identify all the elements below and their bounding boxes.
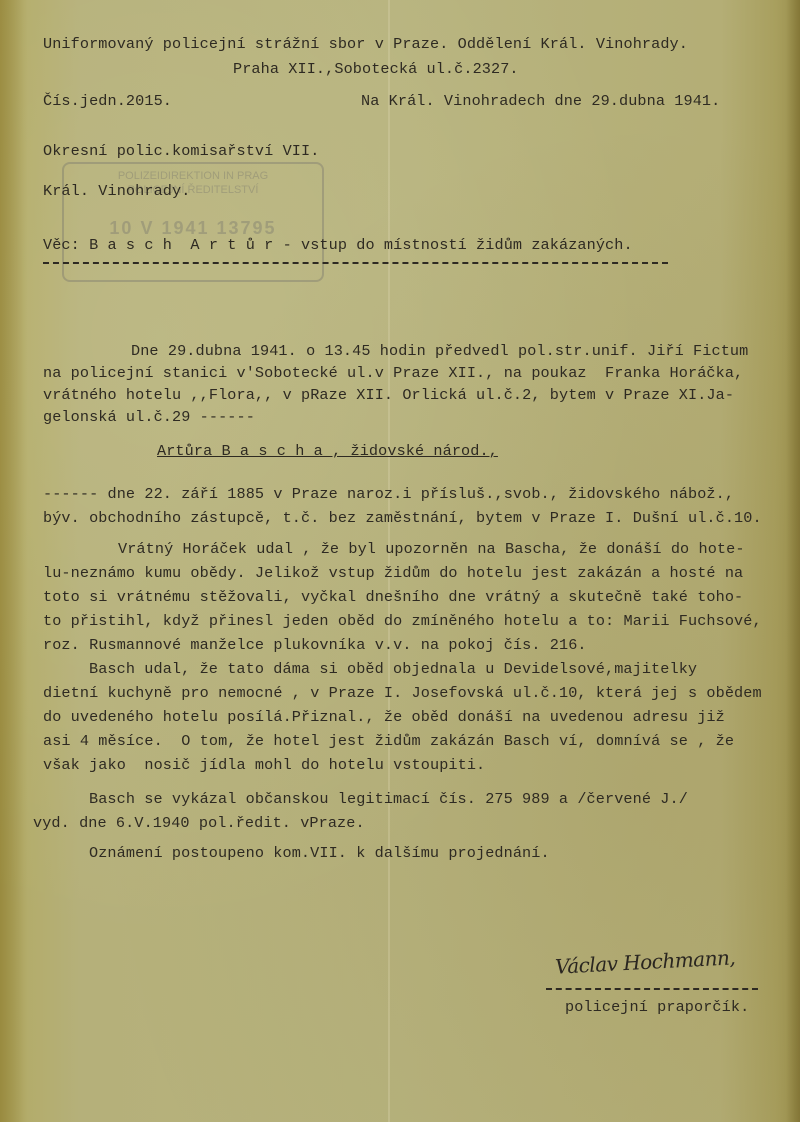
body-line: roz. Rusmannové manželce plukovníka v.v.… (43, 636, 587, 654)
body-line: Basch udal, že tato dáma si oběd objedna… (89, 660, 697, 678)
body-line: toto si vrátnému stěžovali, vyčkal dnešn… (43, 588, 743, 606)
place-date: Na Král. Vinohradech dne 29.dubna 1941. (361, 92, 720, 110)
body-line: Oznámení postoupeno kom.VII. k dalšímu p… (89, 844, 550, 862)
body-line: to přistihl, když přinesl jeden oběd do … (43, 612, 762, 630)
body-line: ------ dne 22. září 1885 v Praze naroz.i… (43, 485, 734, 503)
header-line-1: Uniformovaný policejní strážní sbor v Pr… (43, 35, 688, 53)
paper-edge-right (786, 0, 800, 1122)
person-name-line: Artůra B a s c h a , židovské národ., (157, 442, 498, 460)
subject-underline (43, 262, 668, 264)
stamp-line-1: POLIZEIDIREKTION IN PRAG (64, 170, 322, 182)
handwritten-signature: Václav Hochmann, (554, 945, 735, 978)
paper-fold (388, 0, 390, 1122)
paper-edge-left (0, 0, 28, 1122)
document-page: Uniformovaný policejní strážní sbor v Pr… (0, 0, 800, 1122)
subject-line: Věc: B a s c h A r t ů r - vstup do míst… (43, 236, 633, 254)
body-line: do uvedeného hotelu posílá.Přiznal., že … (43, 708, 725, 726)
body-line: dietní kuchyně pro nemocné , v Praze I. … (43, 684, 762, 702)
recipient-line-1: Okresní polic.komisařství VII. (43, 142, 319, 160)
office-stamp: POLIZEIDIREKTION IN PRAG POLICEJNÍ ŘEDIT… (62, 162, 324, 282)
body-line: lu-neznámo kumu obědy. Jelikož vstup žid… (43, 564, 743, 582)
signature-line (546, 988, 758, 990)
reference-number: Čís.jedn.2015. (43, 92, 172, 110)
signatory-title: policejní praporčík. (565, 998, 749, 1016)
body-line: však jako nosič jídla mohl do hotelu vst… (43, 756, 485, 774)
body-line: Vrátný Horáček udal , že byl upozorněn n… (118, 540, 745, 558)
body-line: vyd. dne 6.V.1940 pol.ředit. vPraze. (33, 814, 365, 832)
body-line: vrátného hotelu ,,Flora,, v pRaze XII. O… (43, 386, 734, 404)
body-line: Basch se vykázal občanskou legitimací čí… (89, 790, 688, 808)
body-line: asi 4 měsíce. O tom, že hotel jest židům… (43, 732, 734, 750)
header-line-2: Praha XII.,Sobotecká ul.č.2327. (233, 60, 519, 78)
recipient-line-2: Král. Vinohrady. (43, 182, 190, 200)
body-line: gelonská ul.č.29 ------ (43, 408, 255, 426)
body-line: na policejní stanici v'Sobotecké ul.v Pr… (43, 364, 743, 382)
body-line: Dne 29.dubna 1941. o 13.45 hodin předved… (131, 342, 748, 360)
body-line: býv. obchodního zástupcě, t.č. bez zaměs… (43, 509, 762, 527)
